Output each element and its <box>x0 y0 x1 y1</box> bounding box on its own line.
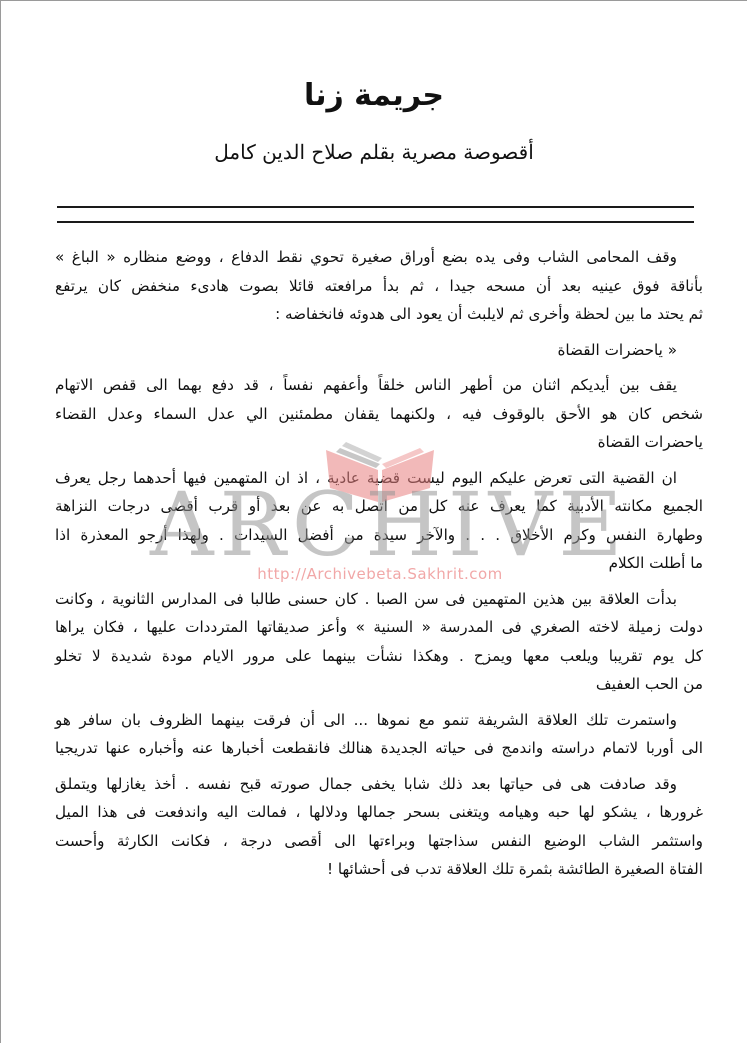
text-line: الجميع مكانته الأدبية كما يعرف عنه كل من… <box>55 492 703 521</box>
text-line: دولت زميلة لاخته الصغري فى المدرسة « الس… <box>55 613 703 642</box>
text-line: بدأت العلاقة بين هذين المتهمين فى سن الص… <box>55 585 703 614</box>
text-line: من الحب العفيف <box>55 670 703 699</box>
paragraph: ان القضية التى تعرض عليكم اليوم ليست قضي… <box>55 464 703 578</box>
text-line: وقد صادفت هى فى حياتها بعد ذلك شابا يخفى… <box>55 770 703 799</box>
text-line: ان القضية التى تعرض عليكم اليوم ليست قضي… <box>55 464 703 493</box>
text-line: الفتاة الصغيرة الطائشة بثمرة تلك العلاقة… <box>55 855 703 884</box>
text-line: شخص كان هو الأحق بالوقوف فيه ، ولكنهما ي… <box>55 400 703 429</box>
text-line: واستمرت تلك العلاقة الشريفة تنمو مع نموه… <box>55 706 703 735</box>
paragraph: يقف بين أيديكم اثنان من أطهر الناس خلقاً… <box>55 371 703 457</box>
divider-rule-top <box>57 206 694 208</box>
story-body: وقف المحامى الشاب وفى يده بضع أوراق صغير… <box>55 243 703 891</box>
text-line: ثم يحتد ما بين لحظة وأخرى ثم لايلبث أن ي… <box>55 300 703 329</box>
text-line: بأناقة فوق عينيه بعد أن مسحه جيدا ، ثم ب… <box>55 272 703 301</box>
text-line: الى أوربا لاتمام دراسته واندمج فى حياته … <box>55 734 703 763</box>
story-title: جريمة زنا <box>0 78 748 113</box>
text-line: يقف بين أيديكم اثنان من أطهر الناس خلقاً… <box>55 371 703 400</box>
text-line: ما أطلت الكلام <box>55 549 703 578</box>
text-line: وطهارة النفس وكرم الأخلاق . . . والآخر س… <box>55 521 703 550</box>
text-line: وقف المحامى الشاب وفى يده بضع أوراق صغير… <box>55 243 703 272</box>
paragraph: بدأت العلاقة بين هذين المتهمين فى سن الص… <box>55 585 703 699</box>
paragraph: وقد صادفت هى فى حياتها بعد ذلك شابا يخفى… <box>55 770 703 884</box>
paragraph: « ياحضرات القضاة <box>55 336 703 365</box>
text-line: كل يوم تقريبا ويلعب معها ويمزح . وهكذا ن… <box>55 642 703 671</box>
text-line: « ياحضرات القضاة <box>55 336 703 365</box>
text-line: ياحضرات القضاة <box>55 428 703 457</box>
story-subtitle: أقصوصة مصرية بقلم صلاح الدين كامل <box>0 140 748 164</box>
paragraph: واستمرت تلك العلاقة الشريفة تنمو مع نموه… <box>55 706 703 763</box>
text-line: واستثمر الشاب الوضيع النفس سذاجتها وبراء… <box>55 827 703 856</box>
text-line: غرورها ، يشكو لها حبه وهيامه ويتغنى بسحر… <box>55 798 703 827</box>
paragraph: وقف المحامى الشاب وفى يده بضع أوراق صغير… <box>55 243 703 329</box>
divider-rule-bottom <box>57 221 694 223</box>
